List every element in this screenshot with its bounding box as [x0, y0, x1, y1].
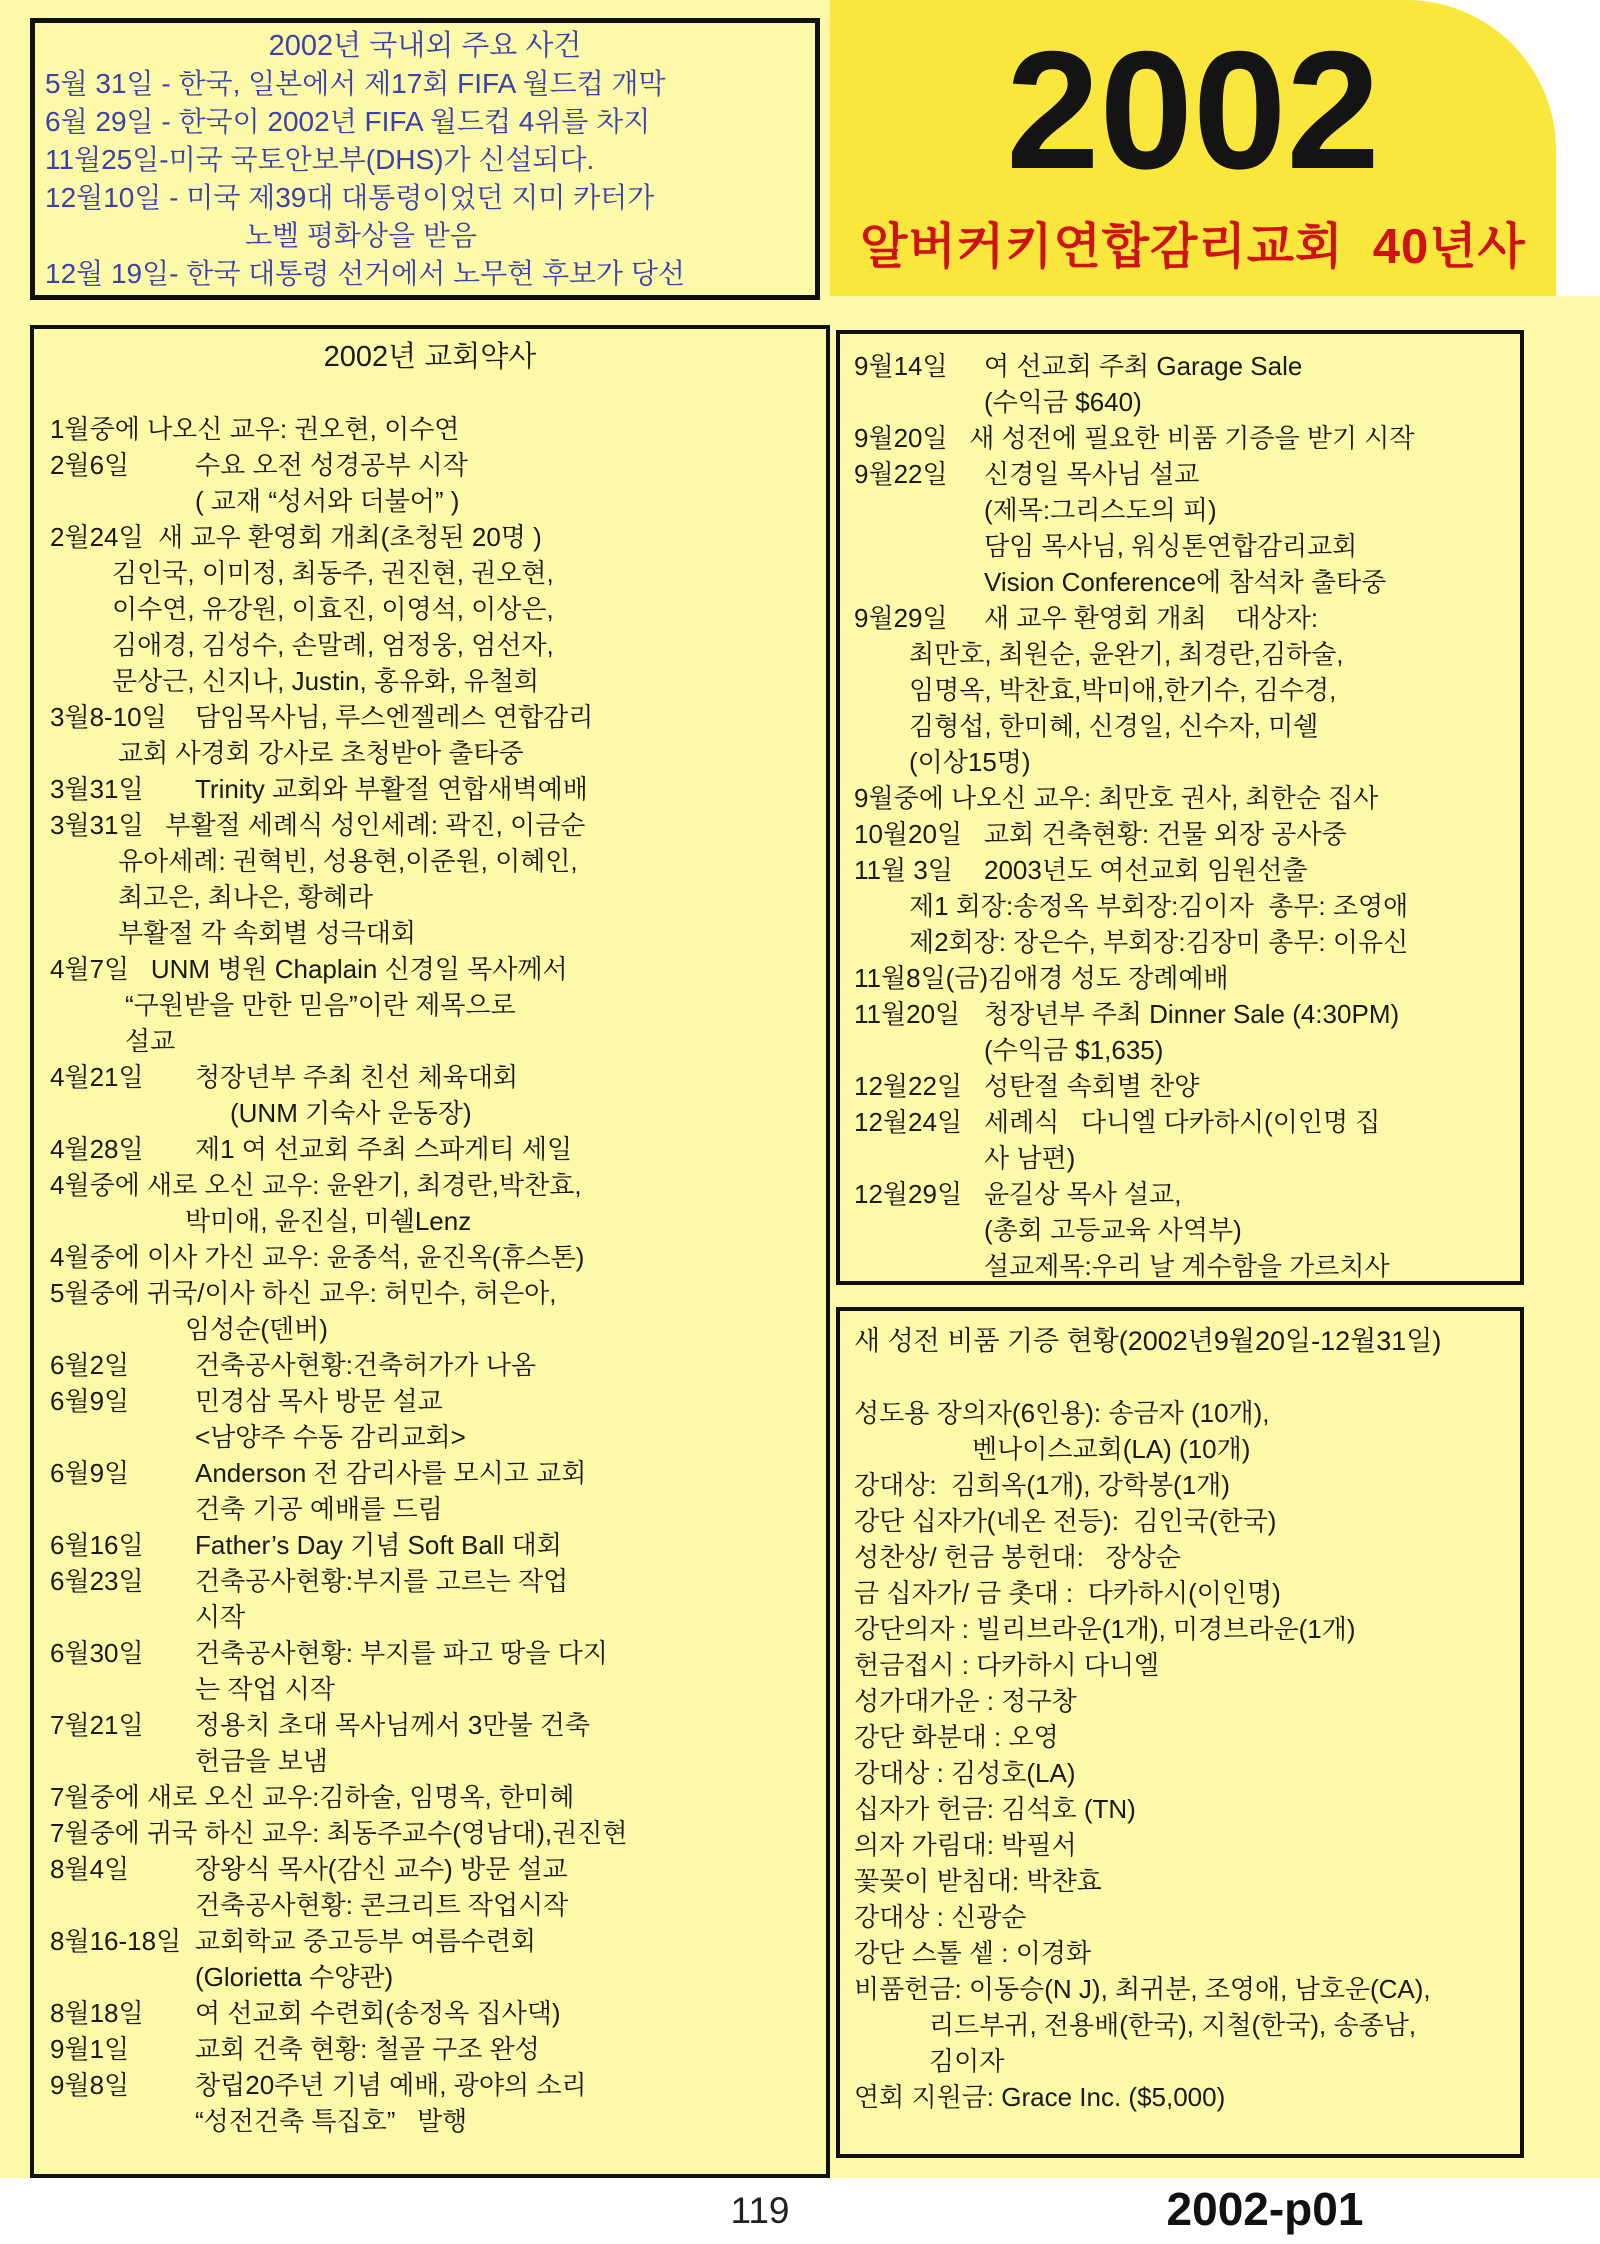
- text-line: 김형섭, 한미혜, 신경일, 신수자, 미쉘: [854, 708, 1506, 744]
- text-line: 9월20일 새 성전에 필요한 비품 기증을 받기 시작: [854, 420, 1506, 456]
- text-line: 5월 31일 - 한국, 일본에서 제17회 FIFA 월드컵 개막: [45, 65, 805, 103]
- text-line: <남양주 수동 감리교회>: [50, 1419, 810, 1455]
- text-line: 강대상: 김희옥(1개), 강학봉(1개): [854, 1467, 1506, 1503]
- church-history-continued-box: 9월14일여 선교회 주최 Garage Sale(수익금 $640)9월20일…: [836, 330, 1524, 1285]
- banner-year-text: 2002: [830, 26, 1556, 194]
- text-line: 설교: [50, 1023, 810, 1059]
- date-cell: 9월29일: [854, 600, 984, 636]
- text-line: 최고은, 최나은, 황혜라: [50, 879, 810, 915]
- text-line: 11월20일청장년부 주최 Dinner Sale (4:30PM): [854, 996, 1506, 1032]
- book-page: 2002년 국내외 주요 사건 5월 31일 - 한국, 일본에서 제17회 F…: [0, 0, 1600, 2244]
- text-cell: 건축공사현황:건축허가가 나옴: [195, 1347, 536, 1383]
- text-cell: 정용치 초대 목사님께서 3만불 건축: [195, 1707, 590, 1743]
- text-line: 십자가 헌금: 김석호 (TN): [854, 1791, 1506, 1827]
- text-cell: 김애경 성도 장례예배: [988, 960, 1229, 996]
- events-box-lines: 5월 31일 - 한국, 일본에서 제17회 FIFA 월드컵 개막6월 29일…: [45, 65, 805, 293]
- donations-box-title: 새 성전 비품 기증 현황(2002년9월20일-12월31일): [854, 1323, 1506, 1359]
- text-line: 3월31일Trinity 교회와 부활절 연합새벽예배: [50, 771, 810, 807]
- text-line: 강단 십자가(네온 전등): 김인국(한국): [854, 1503, 1506, 1539]
- text-line: (Glorietta 수양관): [50, 1959, 810, 1995]
- text-line: 강대상 : 김성호(LA): [854, 1755, 1506, 1791]
- text-line: 7월중에 새로 오신 교우:김하술, 임명옥, 한미혜: [50, 1779, 810, 1815]
- text-line: 4월중에 이사 가신 교우: 윤종석, 윤진옥(휴스톤): [50, 1239, 810, 1275]
- text-line: 성도용 장의자(6인용): 송금자 (10개),: [854, 1395, 1506, 1431]
- date-cell: 6월30일: [50, 1635, 195, 1671]
- text-line: 3월8-10일담임목사님, 루스엔젤레스 연합감리: [50, 699, 810, 735]
- year-banner-backdrop: 2002 알버커키연합감리교회 40년사: [830, 0, 1600, 296]
- text-line: 12월29일윤길상 목사 설교,: [854, 1176, 1506, 1212]
- text-line: 김인국, 이미정, 최동주, 권진현, 권오현,: [50, 555, 810, 591]
- date-cell: 9월1일: [50, 2031, 195, 2067]
- text-line: 4월28일제1 여 선교회 주최 스파게티 세일: [50, 1131, 810, 1167]
- text-line: 는 작업 시작: [50, 1671, 810, 1707]
- text-line: 금 십자가/ 금 촛대 : 다카하시(이인명): [854, 1575, 1506, 1611]
- text-line: 임성순(덴버): [50, 1311, 810, 1347]
- date-cell: 9월14일: [854, 348, 984, 384]
- text-line: 이수연, 유강원, 이효진, 이영석, 이상은,: [50, 591, 810, 627]
- date-cell: 3월31일: [50, 771, 195, 807]
- text-line: 부활절 각 속회별 성극대회: [50, 915, 810, 951]
- text-line: 9월29일새 교우 환영회 개최 대상자:: [854, 600, 1506, 636]
- date-cell: 4월28일: [50, 1131, 195, 1167]
- text-line: 강단의자 : 빌리브라운(1개), 미경브라운(1개): [854, 1611, 1506, 1647]
- page-number: 119: [700, 2190, 820, 2232]
- text-cell: 교회학교 중고등부 여름수련회: [195, 1923, 536, 1959]
- text-line: 강대상 : 신광순: [854, 1899, 1506, 1935]
- date-cell: 11월20일: [854, 996, 984, 1032]
- text-cell: 여 선교회 주최 Garage Sale: [984, 348, 1302, 384]
- date-cell: 8월18일: [50, 1995, 195, 2031]
- text-line: 성가대가운 : 정구창: [854, 1683, 1506, 1719]
- text-line: 9월중에 나오신 교우: 최만호 권사, 최한순 집사: [854, 780, 1506, 816]
- year-banner: 2002 알버커키연합감리교회 40년사: [830, 0, 1556, 296]
- text-cell: 청장년부 주최 친선 체육대회: [195, 1059, 518, 1095]
- text-line: Vision Conference에 참석차 출타중: [854, 564, 1506, 600]
- text-line: ( 교재 “성서와 더불어” ): [50, 483, 810, 519]
- text-line: 1월중에 나오신 교우: 권오현, 이수연: [50, 411, 810, 447]
- date-cell: 9월22일: [854, 456, 984, 492]
- text-cell: 교회 건축 현황: 철골 구조 완성: [195, 2031, 540, 2067]
- text-line: 의자 가림대: 박필서: [854, 1827, 1506, 1863]
- date-cell: 11월 3일: [854, 852, 984, 888]
- text-line: 문상근, 신지나, Justin, 홍유화, 유철희: [50, 663, 810, 699]
- events-box-title: 2002년 국내외 주요 사건: [45, 27, 805, 65]
- text-cell: 교회 건축현황: 건물 외장 공사중: [984, 816, 1347, 852]
- text-line: 11월 3일2003년도 여선교회 임원선출: [854, 852, 1506, 888]
- banner-subtitle-text: 알버커키연합감리교회 40년사: [830, 208, 1556, 278]
- text-line: 4월중에 새로 오신 교우: 윤완기, 최경란,박찬효,: [50, 1167, 810, 1203]
- date-cell: 7월21일: [50, 1707, 195, 1743]
- text-line: 시작: [50, 1599, 810, 1635]
- text-line: (이상15명): [854, 744, 1506, 780]
- donations-box: 새 성전 비품 기증 현황(2002년9월20일-12월31일) 성도용 장의자…: [836, 1307, 1524, 2158]
- text-line: 벤나이스교회(LA) (10개): [854, 1431, 1506, 1467]
- date-cell: 9월8일: [50, 2067, 195, 2103]
- text-cell: 수요 오전 성경공부 시작: [195, 447, 468, 483]
- text-line: 김애경, 김성수, 손말례, 엄정웅, 엄선자,: [50, 627, 810, 663]
- date-cell: 6월2일: [50, 1347, 195, 1383]
- text-line: 최만호, 최원순, 윤완기, 최경란,김하술,: [854, 636, 1506, 672]
- date-cell: 6월9일: [50, 1383, 195, 1419]
- text-line: 사 남편): [854, 1140, 1506, 1176]
- text-line: 성찬상/ 헌금 봉헌대: 장상순: [854, 1539, 1506, 1575]
- text-line: 11월25일-미국 국토안보부(DHS)가 신설되다.: [45, 141, 805, 179]
- church-history-lines: 1월중에 나오신 교우: 권오현, 이수연2월6일수요 오전 성경공부 시작( …: [50, 411, 810, 2139]
- donations-box-lines: 성도용 장의자(6인용): 송금자 (10개),벤나이스교회(LA) (10개)…: [854, 1395, 1506, 2115]
- text-line: 8월4일장왕식 목사(감신 교수) 방문 설교: [50, 1851, 810, 1887]
- text-line: 6월9일Anderson 전 감리사를 모시고 교회: [50, 1455, 810, 1491]
- text-line: 박미애, 윤진실, 미쉘Lenz: [50, 1203, 810, 1239]
- text-line: 건축공사현황: 콘크리트 작업시작: [50, 1887, 810, 1923]
- date-cell: 6월23일: [50, 1563, 195, 1599]
- text-line: 7월중에 귀국 하신 교우: 최동주교수(영남대),권진현: [50, 1815, 810, 1851]
- text-line: 제1 회장:송정옥 부회장:김이자 총무: 조영애: [854, 888, 1506, 924]
- date-cell: 6월16일: [50, 1527, 195, 1563]
- text-line: 비품헌금: 이동승(N J), 최귀분, 조영애, 남호운(CA),: [854, 1971, 1506, 2007]
- text-line: 제2회장: 장은수, 부회장:김장미 총무: 이유신: [854, 924, 1506, 960]
- text-cell: 장왕식 목사(감신 교수) 방문 설교: [195, 1851, 568, 1887]
- text-line: 9월1일교회 건축 현황: 철골 구조 완성: [50, 2031, 810, 2067]
- text-line: 7월21일정용치 초대 목사님께서 3만불 건축: [50, 1707, 810, 1743]
- text-line: 4월21일청장년부 주최 친선 체육대회: [50, 1059, 810, 1095]
- text-cell: 여 선교회 수련회(송정옥 집사댁): [195, 1995, 561, 2031]
- text-line: 4월7일 UNM 병원 Chaplain 신경일 목사께서: [50, 951, 810, 987]
- text-cell: 청장년부 주최 Dinner Sale (4:30PM): [984, 996, 1399, 1032]
- text-line: 연회 지원금: Grace Inc. ($5,000): [854, 2079, 1506, 2115]
- text-line: 12월24일세례식 다니엘 다카하시(이인명 집: [854, 1104, 1506, 1140]
- text-cell: 신경일 목사님 설교: [984, 456, 1199, 492]
- text-cell: 제1 여 선교회 주최 스파게티 세일: [195, 1131, 572, 1167]
- text-line: 6월23일건축공사현황:부지를 고르는 작업: [50, 1563, 810, 1599]
- text-cell: 윤길상 목사 설교,: [984, 1176, 1181, 1212]
- text-line: 유아세례: 권혁빈, 성용현,이준원, 이혜인,: [50, 843, 810, 879]
- text-line: 헌금접시 : 다카하시 다니엘: [854, 1647, 1506, 1683]
- text-line: 5월중에 귀국/이사 하신 교우: 허민수, 허은아,: [50, 1275, 810, 1311]
- text-line: 9월14일여 선교회 주최 Garage Sale: [854, 348, 1506, 384]
- church-history-title: 2002년 교회약사: [50, 339, 810, 375]
- page-code: 2002-p01: [1135, 2182, 1395, 2236]
- text-cell: 창립20주년 기념 예배, 광야의 소리: [195, 2067, 587, 2103]
- footer: 119 2002-p01: [0, 2178, 1600, 2244]
- text-line: “구원받을 만한 믿음”이란 제목으로: [50, 987, 810, 1023]
- text-line: 12월 19일- 한국 대통령 선거에서 노무현 후보가 당선: [45, 255, 805, 293]
- text-line: 헌금을 보냄: [50, 1743, 810, 1779]
- text-cell: 성탄절 속회별 찬양: [984, 1068, 1199, 1104]
- date-cell: 4월21일: [50, 1059, 195, 1095]
- text-cell: 2003년도 여선교회 임원선출: [984, 852, 1307, 888]
- text-cell: 세례식 다니엘 다카하시(이인명 집: [984, 1104, 1380, 1140]
- text-line: 노벨 평화상을 받음: [45, 217, 805, 255]
- church-history-continued-lines: 9월14일여 선교회 주최 Garage Sale(수익금 $640)9월20일…: [854, 348, 1506, 1284]
- date-cell: 6월9일: [50, 1455, 195, 1491]
- text-line: 임명옥, 박찬효,박미애,한기수, 김수경,: [854, 672, 1506, 708]
- text-line: 교회 사경회 강사로 초청받아 출타중: [50, 735, 810, 771]
- text-cell: Father’s Day 기념 Soft Ball 대회: [195, 1527, 562, 1563]
- text-line: 3월31일 부활절 세례식 성인세례: 곽진, 이금순: [50, 807, 810, 843]
- text-cell: Anderson 전 감리사를 모시고 교회: [195, 1455, 586, 1491]
- church-history-box: 2002년 교회약사 1월중에 나오신 교우: 권오현, 이수연2월6일수요 오…: [30, 325, 830, 2178]
- text-line: 2월24일 새 교우 환영회 개최(초청된 20명 ): [50, 519, 810, 555]
- text-line: 강단 화분대 : 오영: [854, 1719, 1506, 1755]
- text-line: 9월8일창립20주년 기념 예배, 광야의 소리: [50, 2067, 810, 2103]
- text-line: (수익금 $640): [854, 384, 1506, 420]
- text-line: (UNM 기숙사 운동장): [50, 1095, 810, 1131]
- date-cell: 8월16-18일: [50, 1923, 195, 1959]
- date-cell: 2월6일: [50, 447, 195, 483]
- text-cell: Trinity 교회와 부활절 연합새벽예배: [195, 771, 588, 807]
- text-cell: 건축공사현황: 부지를 파고 땅을 다지: [195, 1635, 608, 1671]
- text-line: 6월9일민경삼 목사 방문 설교: [50, 1383, 810, 1419]
- text-line: 리드부귀, 전용배(한국), 지철(한국), 송종남,: [854, 2007, 1506, 2043]
- text-line: 6월2일건축공사현황:건축허가가 나옴: [50, 1347, 810, 1383]
- date-cell: 12월22일: [854, 1068, 984, 1104]
- date-cell: 11월8일(금): [854, 960, 988, 996]
- text-line: 8월16-18일교회학교 중고등부 여름수련회: [50, 1923, 810, 1959]
- text-line: 8월18일여 선교회 수련회(송정옥 집사댁): [50, 1995, 810, 2031]
- text-line: 9월22일신경일 목사님 설교: [854, 456, 1506, 492]
- text-line: (제목:그리스도의 피): [854, 492, 1506, 528]
- text-line: 건축 기공 예배를 드림: [50, 1491, 810, 1527]
- events-box: 2002년 국내외 주요 사건 5월 31일 - 한국, 일본에서 제17회 F…: [30, 18, 820, 300]
- text-line: 10월20일교회 건축현황: 건물 외장 공사중: [854, 816, 1506, 852]
- text-line: 6월 29일 - 한국이 2002년 FIFA 월드컵 4위를 차지: [45, 103, 805, 141]
- text-line: “성전건축 특집호” 발행: [50, 2103, 810, 2139]
- text-line: 담임 목사님, 워싱톤연합감리교회: [854, 528, 1506, 564]
- text-line: 12월22일성탄절 속회별 찬양: [854, 1068, 1506, 1104]
- text-line: 11월8일(금)김애경 성도 장례예배: [854, 960, 1506, 996]
- text-line: 6월16일Father’s Day 기념 Soft Ball 대회: [50, 1527, 810, 1563]
- text-line: 6월30일건축공사현황: 부지를 파고 땅을 다지: [50, 1635, 810, 1671]
- text-cell: 민경삼 목사 방문 설교: [195, 1383, 443, 1419]
- date-cell: 12월29일: [854, 1176, 984, 1212]
- text-line: 12월10일 - 미국 제39대 대통령이었던 지미 카터가: [45, 179, 805, 217]
- date-cell: 3월8-10일: [50, 699, 195, 735]
- date-cell: 12월24일: [854, 1104, 984, 1140]
- text-line: 강단 스톨 셑 : 이경화: [854, 1935, 1506, 1971]
- text-cell: 건축공사현황:부지를 고르는 작업: [195, 1563, 568, 1599]
- text-line: 설교제목:우리 날 계수함을 가르치사: [854, 1248, 1506, 1284]
- text-line: 2월6일수요 오전 성경공부 시작: [50, 447, 810, 483]
- text-cell: 담임목사님, 루스엔젤레스 연합감리: [195, 699, 593, 735]
- date-cell: 8월4일: [50, 1851, 195, 1887]
- date-cell: 10월20일: [854, 816, 984, 852]
- text-cell: 새 교우 환영회 개최 대상자:: [984, 600, 1318, 636]
- text-line: 김이자: [854, 2043, 1506, 2079]
- text-line: (총회 고등교육 사역부): [854, 1212, 1506, 1248]
- text-line: (수익금 $1,635): [854, 1032, 1506, 1068]
- text-line: 꽃꽂이 받침대: 박챤효: [854, 1863, 1506, 1899]
